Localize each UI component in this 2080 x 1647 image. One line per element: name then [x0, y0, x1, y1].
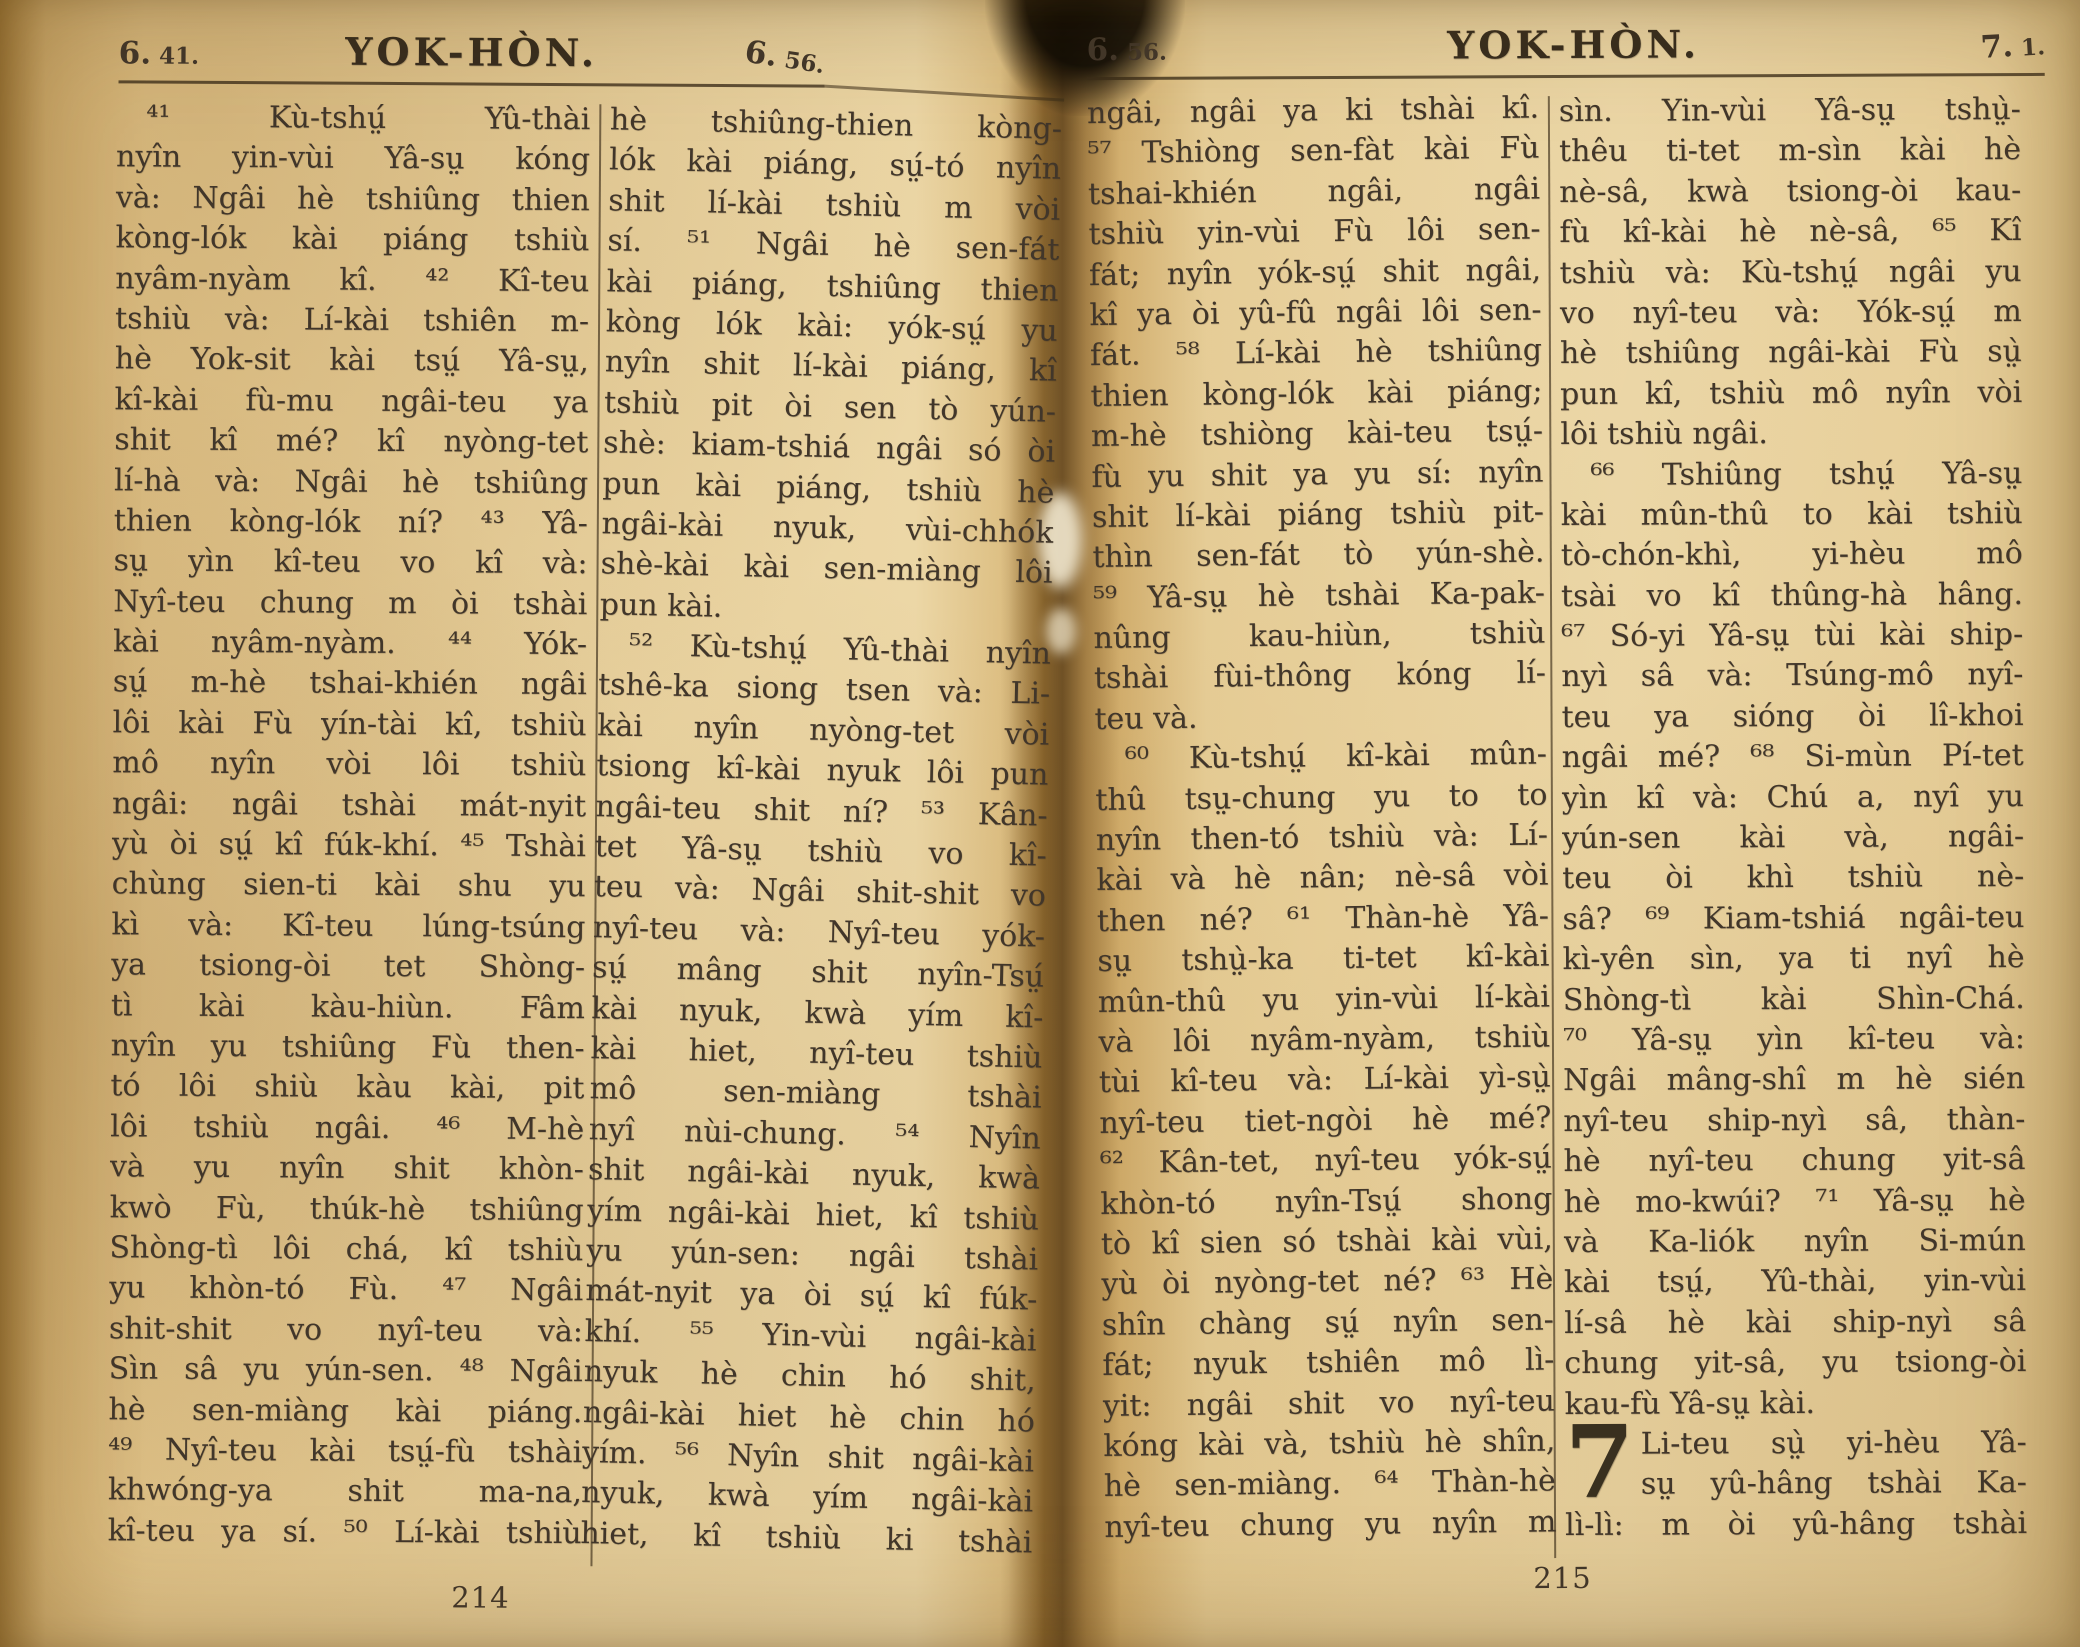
left-page-header: 6.41. YOK-HÒN. 6.56.	[119, 27, 825, 87]
text-line: vo nyî-teu và: Yók-sṳ́ m	[1560, 292, 2022, 334]
left-page-columns: ⁴¹ Kù-tshṳ́ Yû-thàinyîn yin-vùi Yâ-sṳ kó…	[43, 97, 1066, 1569]
text-line: nyì sâ và: Tsúng-mô nyî-	[1561, 655, 2023, 697]
text-line: tsài vo kî thûng-hà hâng.	[1561, 575, 2023, 617]
text-line: Li-teu sṳ̀ yi-hèu Yâ-	[1641, 1423, 2027, 1465]
chapter-number-dropcap: 7	[1565, 1425, 1641, 1506]
text-line: yún-sen kài và, ngâi-	[1562, 817, 2024, 859]
text-line: fát. ⁵⁸ Lí-kài hè tshiûng	[1090, 331, 1542, 377]
verse-ref: 56.	[1127, 39, 1167, 66]
running-title: YOK-HÒN.	[1447, 21, 1700, 67]
right-page-header: 6.56. YOK-HÒN. 7.1.	[1087, 20, 2045, 80]
chapter-7-opening-lines: Li-teu sṳ̀ yi-hèu Yâ-sṳ yû-hâng tshài Ka…	[1641, 1423, 2027, 1505]
header-chapter-verse-left: 6.41.	[119, 35, 200, 71]
text-line: kài nyâm-nyàm. ⁴⁴ Yók-	[113, 622, 587, 665]
chapter-7-start: 7 Li-teu sṳ̀ yi-hèu Yâ-sṳ yû-hâng tshài …	[1565, 1423, 2027, 1506]
text-line: fát; nyuk tshiên mô lì-	[1102, 1341, 1554, 1387]
text-line: fù yu shit ya yu sí: nyîn	[1091, 452, 1543, 498]
text-line: ⁶⁰ Kù-tshṳ́ kî-kài mûn-	[1095, 735, 1547, 781]
text-line: tshiù và: Lí-kài tshiên m-	[115, 299, 589, 342]
running-title: YOK-HÒN.	[345, 29, 598, 76]
verse-ref: 1.	[2020, 33, 2046, 61]
text-line: sṳ yìn kî-teu vo kî và:	[113, 542, 587, 585]
text-line: ya tsiong-òi tet Shòng-	[111, 945, 585, 988]
verse-ref: 41.	[159, 43, 199, 70]
text-line: ⁶⁷ Só-yi Yâ-sṳ tùi kài ship-	[1561, 615, 2023, 657]
page-number: 214	[451, 1580, 510, 1614]
text-line: kì và: Kî-teu lúng-tsúng	[111, 905, 585, 948]
text-line: lôi kài Fù yín-tài kî, tshiù	[112, 703, 586, 746]
text-line: sṳ́ m-hè tshai-khién ngâi	[113, 663, 587, 706]
text-line: kî-kài fù-mu ngâi-teu ya	[114, 380, 588, 423]
text-line: hiet, kî tshiù ki tshài	[580, 1514, 1033, 1564]
text-column-2: hè tshiûng-thien kòng-lók kài piáng, sṳ́…	[580, 100, 1063, 1575]
text-line: kài tsṳ́, Yû-thài, yin-vùi	[1564, 1261, 2026, 1303]
text-line: teu và.	[1094, 694, 1546, 740]
text-line: tó lôi shiù kàu kài, pit	[110, 1067, 584, 1110]
text-line: nyî-teu chung yu nyîn m	[1104, 1502, 1556, 1548]
text-line: ngâi, ngâi ya ki tshài kî.	[1087, 89, 1539, 135]
text-line: khòn-tó nyîn-Tsṳ́ shong	[1100, 1179, 1552, 1225]
text-line: sṳ yû-hâng tshài Ka-	[1641, 1463, 2027, 1505]
text-line: ⁶² Kân-tet, nyî-teu yók-sṳ́	[1100, 1139, 1552, 1185]
text-line: kî-teu ya sí. ⁵⁰ Lí-kài tshiù	[108, 1511, 582, 1554]
text-line: kwò Fù, thúk-hè tshiûng	[110, 1188, 584, 1231]
right-page-columns: ngâi, ngâi ya ki tshài kî.⁵⁷ Tshiòng sen…	[1059, 90, 2075, 1560]
text-line: kî ya òi yû-fû ngâi lôi sen-	[1089, 291, 1541, 337]
text-line: Sìn sâ yu yún-sen. ⁴⁸ Ngâi	[109, 1349, 583, 1392]
text-line: thìn sen-fát tò yún-shè.	[1092, 533, 1544, 579]
text-line: ⁴¹ Kù-tshṳ́ Yû-thài	[116, 97, 590, 140]
text-line: mûn-thû yu yin-vùi lí-kài	[1098, 977, 1550, 1023]
text-line: tò-chón-khì, yi-hèu mô	[1561, 534, 2023, 576]
text-line: pun kî, tshiù mô nyîn vòi	[1560, 373, 2022, 415]
text-line: Ngâi mâng-shî m hè sién	[1563, 1059, 2025, 1101]
text-line: lì-lì: m òi yû-hâng tshài	[1565, 1504, 2027, 1546]
chapter-ref: 6.	[119, 35, 152, 71]
text-line: teu òi khì tshiù nè-	[1562, 857, 2024, 899]
text-line: teu ya sióng òi lî-khoi	[1561, 696, 2023, 738]
header-chapter-verse-left: 6.56.	[1087, 32, 1168, 68]
text-line: yìn kî và: Chú a, nyî yu	[1562, 777, 2024, 819]
text-line: chùng sien-ti kài shu yu	[111, 865, 585, 908]
text-line: thû tsṳ-chung yu to to	[1095, 775, 1547, 821]
text-line: nyîn yu tshiûng Fù then-	[111, 1026, 585, 1069]
text-line: lôi tshiù ngâi. ⁴⁶ M-hè	[110, 1107, 584, 1150]
text-line: tò kî sien só tshài kài vùi,	[1101, 1219, 1553, 1265]
text-line: yu khòn-tó Fù. ⁴⁷ Ngâi	[109, 1269, 583, 1312]
chapter-ref: 6.	[742, 34, 779, 74]
text-line: Shòng-tì lôi chá, kî tshiù	[109, 1228, 583, 1271]
text-line: hè nyî-teu chung yit-sâ	[1563, 1140, 2025, 1182]
text-line: tshài fùi-thông kóng lí-	[1094, 654, 1546, 700]
text-line: yù òi sṳ́ kî fúk-khí. ⁴⁵ Tshài	[112, 824, 586, 867]
text-line: thêu ti-tet m-sìn kài hè	[1559, 130, 2021, 172]
text-line: chung yit-sâ, yu tsiong-òi	[1564, 1342, 2026, 1384]
text-column-4: sìn. Yin-vùi Yâ-sṳ tshṳ̀-thêu ti-tet m-s…	[1559, 90, 2027, 1558]
text-line: ngâi mé? ⁶⁸ Si-mùn Pí-tet	[1562, 736, 2024, 778]
text-line: fù kî-kài hè nè-sâ, ⁶⁵ Kî	[1559, 211, 2021, 253]
text-line: hè tshiûng ngâi-kài Fù sṳ̀	[1560, 332, 2022, 374]
text-line: tshai-khién ngâi, ngâi	[1088, 169, 1540, 215]
text-line: ⁴⁹ Nyî-teu kài tsṳ́-fù tshài	[108, 1430, 582, 1473]
header-chapter-verse-right: 6.56.	[742, 34, 827, 81]
text-line: kài mûn-thû to kài tshiù	[1561, 494, 2023, 536]
chapter-ref: 6.	[1087, 32, 1120, 68]
text-line: m-hè tshiòng kài-teu tsṳ́-	[1091, 412, 1543, 458]
text-line: sìn. Yin-vùi Yâ-sṳ tshṳ̀-	[1559, 90, 2021, 132]
text-line: khwóng-ya shit ma-na,	[108, 1471, 582, 1514]
text-line: kóng kài và, tshiù hè shîn,	[1103, 1421, 1555, 1467]
page-number: 215	[1533, 1561, 1592, 1595]
text-line: hè mo-kwúi? ⁷¹ Yâ-sṳ hè	[1564, 1181, 2026, 1223]
text-line: then né? ⁶¹ Thàn-hè Yâ-	[1097, 896, 1549, 942]
text-line: tshiù và: Kù-tshṳ́ ngâi yu	[1560, 252, 2022, 294]
text-line: nè-sâ, kwà tsiong-òi kau-	[1559, 171, 2021, 213]
text-line: ⁵⁹ Yâ-sṳ hè tshài Ka-pak-	[1093, 573, 1545, 619]
text-line: ⁵⁷ Tshiòng sen-fàt kài Fù	[1087, 129, 1539, 175]
text-line: hè Yok-sit kài tsṳ́ Yâ-sṳ,	[115, 340, 589, 383]
text-line: lí-sâ hè kài ship-nyì sâ	[1564, 1302, 2026, 1344]
text-line: shit-shit vo nyî-teu và:	[109, 1309, 583, 1352]
text-line: nyî-teu ship-nyì sâ, thàn-	[1563, 1100, 2025, 1142]
verse-ref: 56.	[782, 47, 826, 80]
chapter-ref: 7.	[1979, 28, 2013, 66]
text-line: tshiù yin-vùi Fù lôi sen-	[1088, 210, 1540, 256]
text-column-3: ngâi, ngâi ya ki tshài kî.⁵⁷ Tshiòng sen…	[1087, 89, 1557, 1560]
text-line: shîn chàng sṳ́ nyîn sen-	[1102, 1300, 1554, 1346]
text-line: Nyî-teu chung m òi tshài	[113, 582, 587, 625]
text-line: nyî-teu tiet-ngòi hè mé?	[1099, 1098, 1551, 1144]
text-column-1: ⁴¹ Kù-tshṳ́ Yû-thàinyîn yin-vùi Yâ-sṳ kó…	[107, 97, 590, 1566]
text-line: kòng-lók kài piáng tshiù	[115, 218, 589, 261]
text-line: sâ? ⁶⁹ Kiam-tshiá ngâi-teu	[1562, 898, 2024, 940]
right-page: 6.56. YOK-HÒN. 7.1. ngâi, ngâi ya ki tsh…	[1058, 0, 2075, 1647]
text-line: Shòng-tì kài Shìn-Chá.	[1563, 979, 2025, 1021]
text-line: và Ka-liók nyîn Si-mún	[1564, 1221, 2026, 1263]
text-line: tì kài kàu-hiùn. Fâm	[111, 986, 585, 1029]
text-line: lôi tshiù ngâi.	[1560, 413, 2022, 455]
text-line: nyîn then-tó tshiù và: Lí-	[1096, 816, 1548, 862]
text-line: hè sen-miàng kài piáng.	[108, 1390, 582, 1433]
header-chapter-verse-right: 7.1.	[1979, 26, 2045, 66]
book-scan: 6.41. YOK-HÒN. 6.56. ⁴¹ Kù-tshṳ́ Yû-thài…	[0, 0, 2080, 1647]
text-line: shit kî mé? kî nyòng-tet	[114, 420, 588, 463]
text-line: lí-hà và: Ngâi hè tshiûng	[114, 461, 588, 504]
text-line: và: Ngâi hè tshiûng thien	[116, 178, 590, 221]
text-line: và lôi nyâm-nyàm, tshiù	[1098, 1017, 1550, 1063]
text-line: thien kòng-lók ní? ⁴³ Yâ-	[114, 501, 588, 544]
text-line: shit lí-kài piáng tshiù pit-	[1092, 492, 1544, 538]
text-line: kài và hè nân; nè-sâ vòi	[1096, 856, 1548, 902]
text-line: tùi kî-teu và: Lí-kài yì-sṳ̀	[1099, 1058, 1551, 1104]
text-line: ⁶⁶ Tshiûng tshṳ́ Yâ-sṳ	[1560, 454, 2022, 496]
chapter-7-continuation: lì-lì: m òi yû-hâng tshài	[1565, 1504, 2027, 1546]
text-line: yit: ngâi shit vo nyî-teu	[1103, 1381, 1555, 1427]
text-line: nyîn yin-vùi Yâ-sṳ kóng	[116, 138, 590, 181]
text-line: fát; nyîn yók-sṳ́ shit ngâi,	[1089, 250, 1541, 296]
text-line: nûng kau-hiùn, tshiù	[1093, 614, 1545, 660]
text-line: kì-yên sìn, ya ti nyî hè	[1563, 938, 2025, 980]
text-line: mô nyîn vòi lôi tshiù	[112, 744, 586, 787]
text-line: và yu nyîn shit khòn-	[110, 1147, 584, 1190]
left-page: 6.41. YOK-HÒN. 6.56. ⁴¹ Kù-tshṳ́ Yû-thài…	[43, 0, 1067, 1647]
text-line: nyâm-nyàm kî. ⁴² Kî-teu	[115, 259, 589, 302]
chapter6-end-lines: sìn. Yin-vùi Yâ-sṳ tshṳ̀-thêu ti-tet m-s…	[1559, 90, 2027, 1425]
text-line: hè sen-miàng. ⁶⁴ Thàn-hè	[1104, 1462, 1556, 1508]
text-line: yù òi nyòng-tet né? ⁶³ Hè	[1101, 1260, 1553, 1306]
text-line: ngâi: ngâi tshài mát-nyit	[112, 784, 586, 827]
text-line: ⁷⁰ Yâ-sṳ yìn kî-teu và:	[1563, 1019, 2025, 1061]
text-line: sṳ tshṳ̀-ka ti-tet kî-kài	[1097, 937, 1549, 983]
text-line: thien kòng-lók kài piáng;	[1090, 371, 1542, 417]
